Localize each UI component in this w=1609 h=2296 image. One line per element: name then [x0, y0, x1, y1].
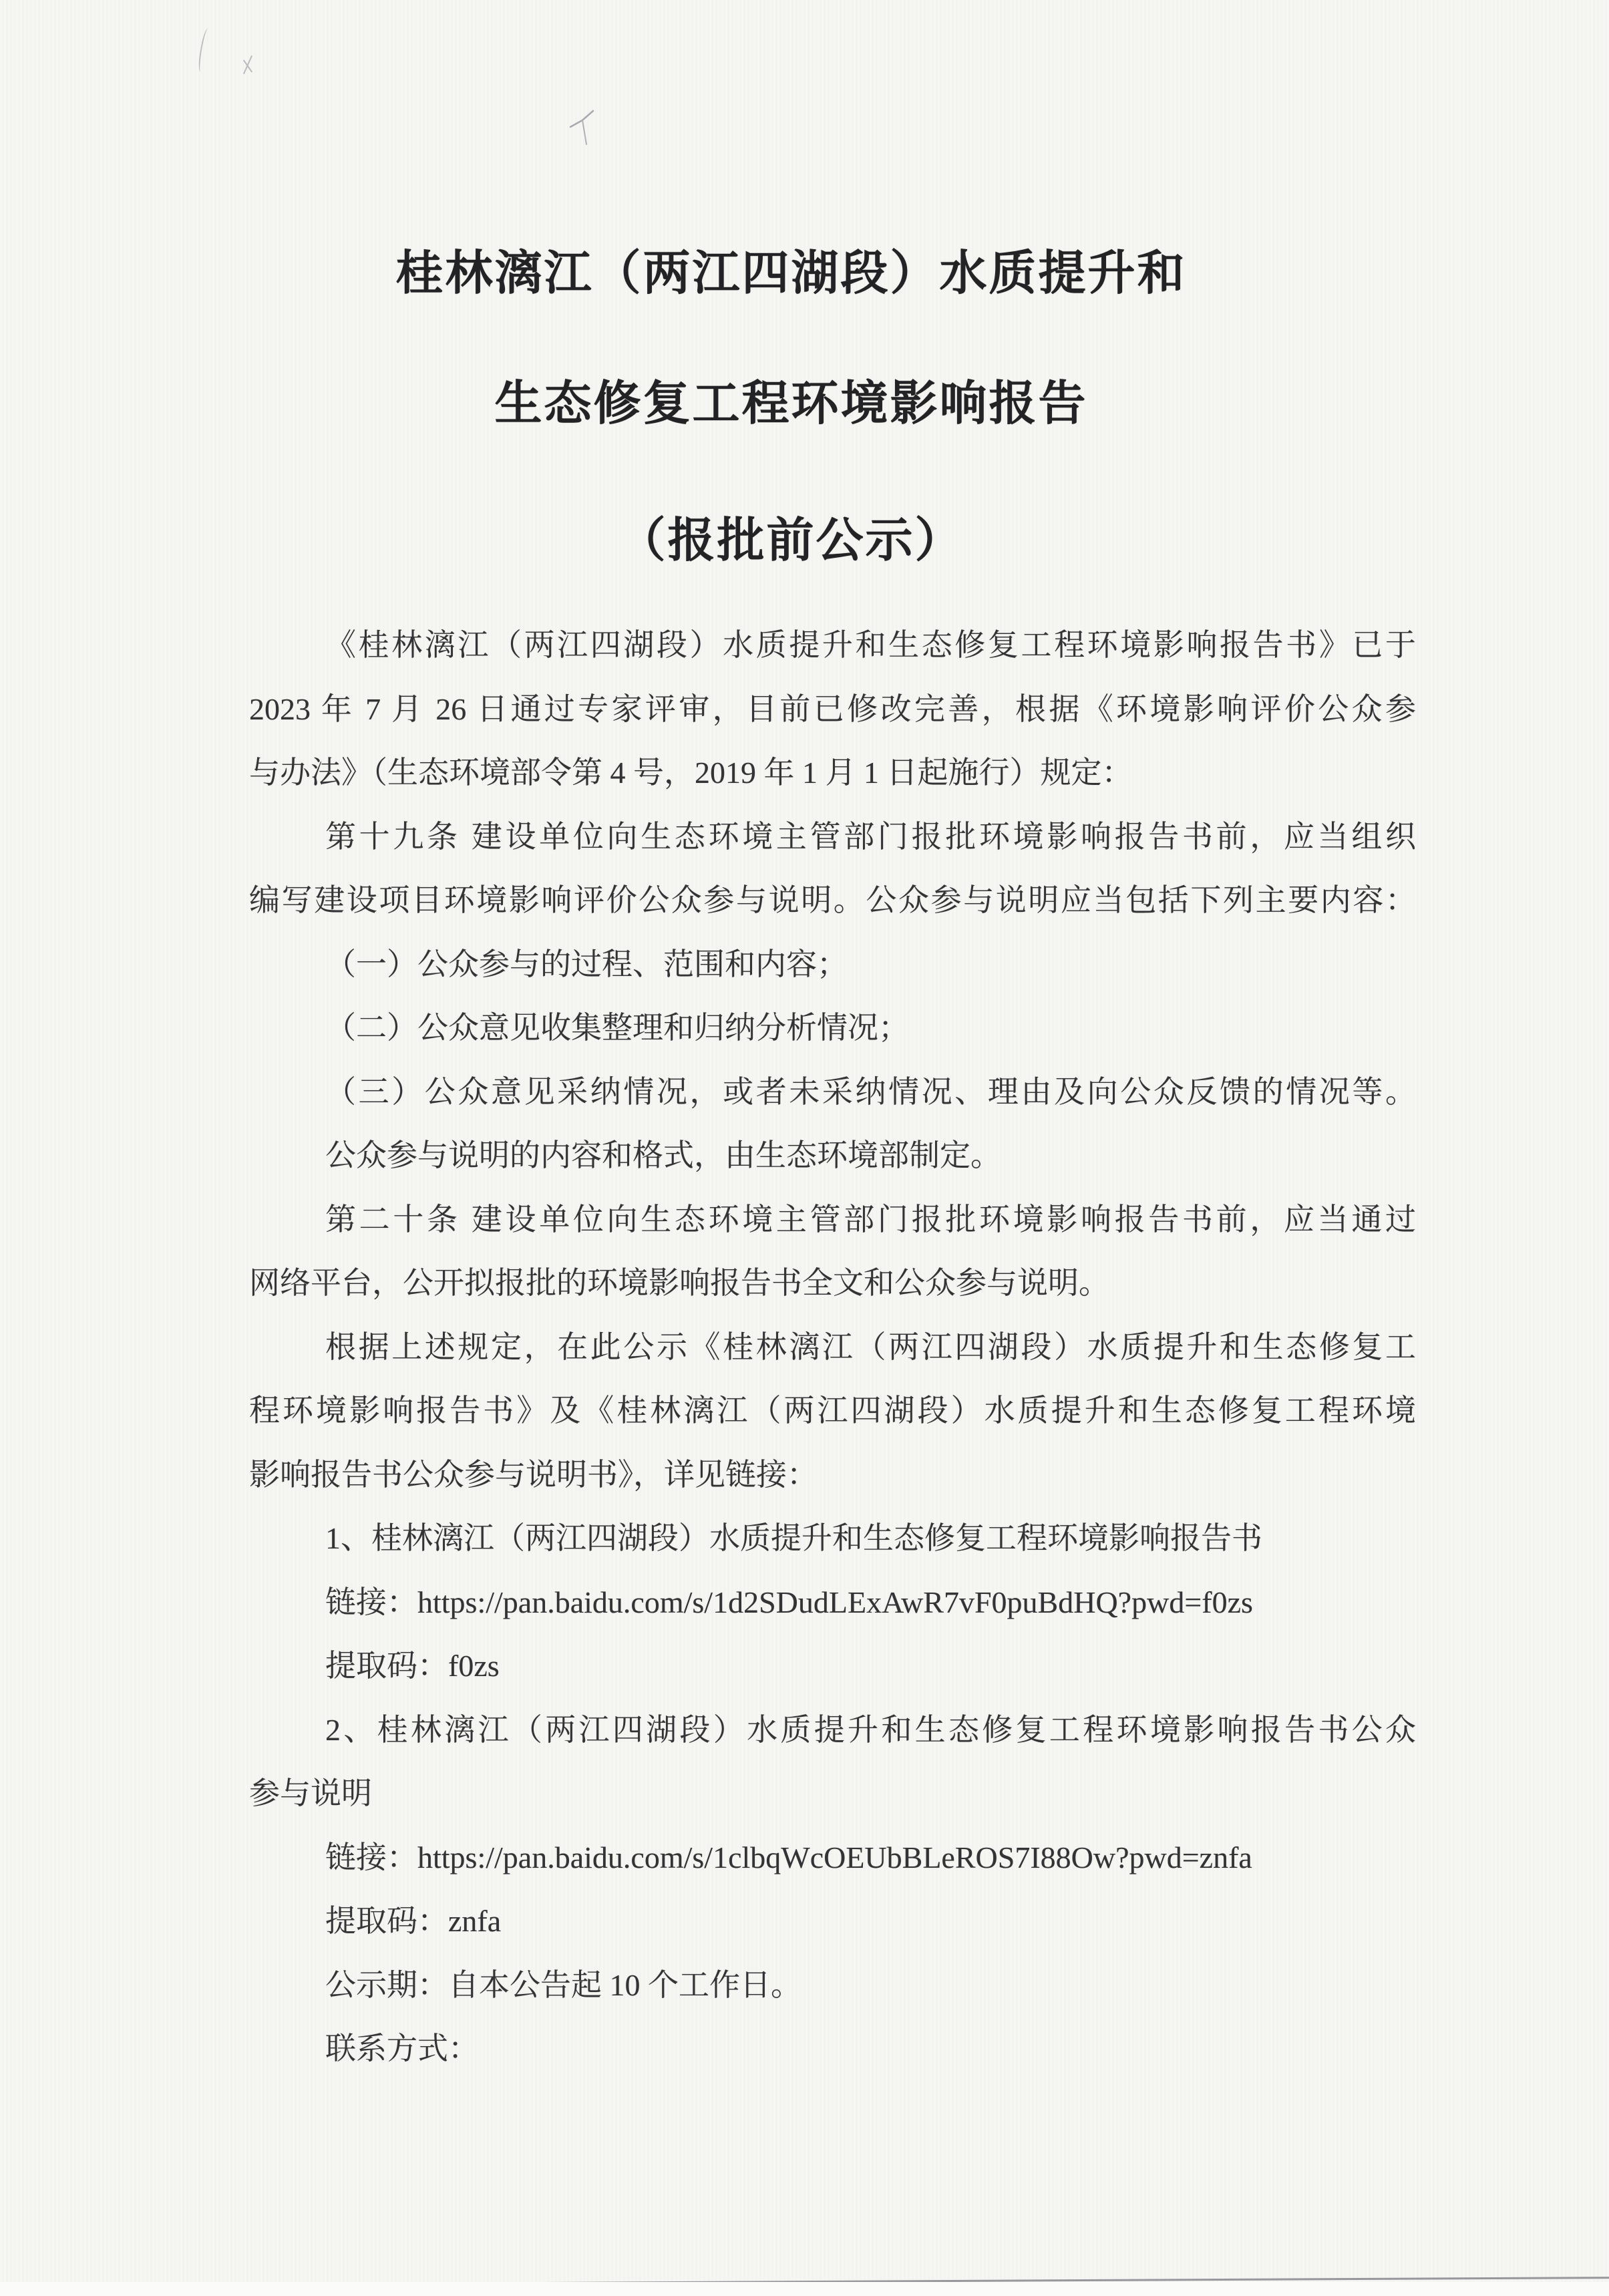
body-line: 编写建设项目环境影响评价公众参与说明。公众参与说明应当包括下列主要内容：	[249, 868, 1416, 933]
body-line: 根据上述规定，在此公示《桂林漓江（两江四湖段）水质提升和生态修复工	[249, 1315, 1416, 1379]
body-line: 公众参与说明的内容和格式，由生态环境部制定。	[249, 1124, 1416, 1188]
participation-item-title-continued: 参与说明	[249, 1762, 1416, 1826]
body-line: 与办法》（生态环境部令第 4 号，2019 年 1 月 1 日起施行）规定：	[249, 741, 1416, 805]
document-subtitle-pre-approval: （报批前公示）	[0, 502, 1582, 570]
list-item-one: （一）公众参与的过程、范围和内容；	[249, 933, 1416, 997]
document-body: 《桂林漓江（两江四湖段）水质提升和生态修复工程环境影响报告书》已于 2023 年…	[249, 613, 1416, 2081]
body-line: 《桂林漓江（两江四湖段）水质提升和生态修复工程环境影响报告书》已于	[249, 613, 1416, 677]
body-line: 网络平台，公开拟报批的环境影响报告书全文和公众参与说明。	[249, 1251, 1416, 1315]
document-title-line-1: 桂林漓江（两江四湖段）水质提升和	[0, 235, 1582, 303]
pencil-check-mark-icon	[566, 106, 606, 147]
participation-item-title: 2、桂林漓江（两江四湖段）水质提升和生态修复工程环境影响报告书公众	[249, 1698, 1416, 1762]
document-title-line-2: 生态修复工程环境影响报告	[0, 365, 1582, 434]
report-extract-code-line: 提取码：f0zs	[249, 1634, 1416, 1698]
pencil-mark-icon	[240, 55, 255, 75]
participation-link-line: 链接：https://pan.baidu.com/s/1clbqWcOEUbBL…	[249, 1826, 1416, 1890]
report-link-line: 链接：https://pan.baidu.com/s/1d2SDudLExAwR…	[249, 1571, 1416, 1635]
article-20-line: 第二十条 建设单位向生态环境主管部门报批环境影响报告书前，应当通过	[249, 1188, 1416, 1252]
body-line: 程环境影响报告书》及《桂林漓江（两江四湖段）水质提升和生态修复工程环境	[249, 1379, 1416, 1443]
pencil-mark-icon	[197, 27, 212, 72]
publicity-period-line: 公示期：自本公告起 10 个工作日。	[249, 1953, 1416, 2017]
article-19-line: 第十九条 建设单位向生态环境主管部门报批环境影响报告书前，应当组织	[249, 805, 1416, 869]
body-line: 影响报告书公众参与说明书》，详见链接：	[249, 1443, 1416, 1507]
contact-line: 联系方式：	[249, 2017, 1416, 2081]
list-item-three: （三）公众意见采纳情况，或者未采纳情况、理由及向公众反馈的情况等。	[249, 1060, 1416, 1124]
list-item-two: （二）公众意见收集整理和归纳分析情况；	[249, 996, 1416, 1060]
scanner-background	[0, 2282, 1609, 2296]
body-line: 2023 年 7 月 26 日通过专家评审，目前已修改完善，根据《环境影响评价公…	[249, 677, 1416, 742]
report-item-title: 1、桂林漓江（两江四湖段）水质提升和生态修复工程环境影响报告书	[249, 1506, 1416, 1571]
scanned-document-page: 桂林漓江（两江四湖段）水质提升和 生态修复工程环境影响报告 （报批前公示） 《桂…	[0, 0, 1609, 2296]
participation-extract-code-line: 提取码：znfa	[249, 1889, 1416, 1953]
